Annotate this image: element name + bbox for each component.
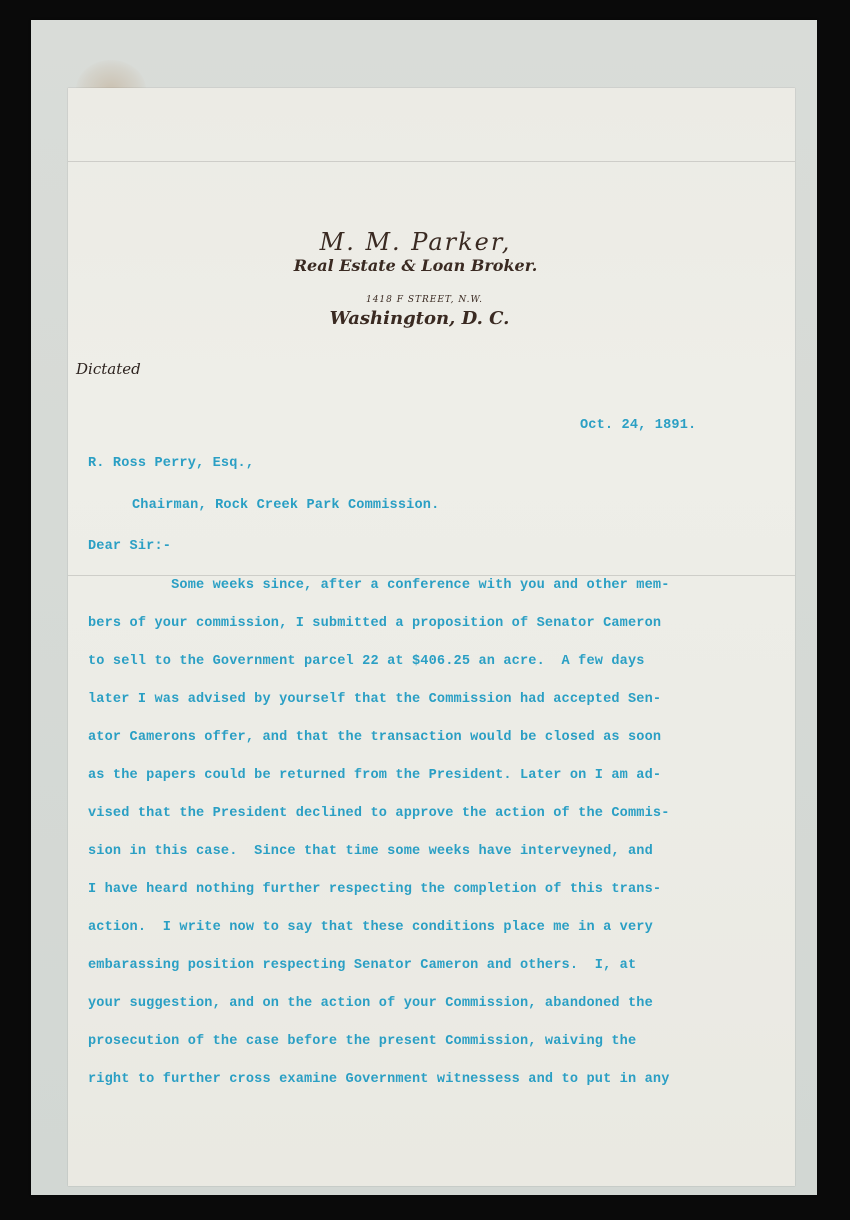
body-line: your suggestion, and on the action of yo… — [88, 996, 653, 1011]
fold-line — [68, 575, 795, 576]
body-line: right to further cross examine Governmen… — [88, 1072, 670, 1087]
body-line: as the papers could be returned from the… — [88, 768, 661, 783]
letterhead-title: Real Estate & Loan Broker. — [52, 256, 779, 275]
dictated-stamp: Dictated — [76, 360, 141, 378]
letter-sheet: M. M. Parker, Real Estate & Loan Broker.… — [68, 88, 795, 1186]
salutation: Dear Sir:- — [88, 539, 171, 554]
body-line: embarassing position respecting Senator … — [88, 958, 636, 973]
body-line: Some weeks since, after a conference wit… — [88, 578, 670, 593]
body-line: to sell to the Government parcel 22 at $… — [88, 654, 645, 669]
body-line: I have heard nothing further respecting … — [88, 882, 661, 897]
body-line: action. I write now to say that these co… — [88, 920, 653, 935]
letterhead-city: Washington, D. C. — [56, 308, 783, 329]
body-line: ator Camerons offer, and that the transa… — [88, 730, 661, 745]
letterhead-name: M. M. Parker, — [52, 228, 779, 256]
recipient-name: R. Ross Perry, Esq., — [88, 456, 254, 471]
recipient-title: Chairman, Rock Creek Park Commission. — [132, 498, 439, 513]
letter-date: Oct. 24, 1891. — [580, 418, 696, 433]
body-line: prosecution of the case before the prese… — [88, 1034, 636, 1049]
body-line: vised that the President declined to app… — [88, 806, 670, 821]
body-line: bers of your commission, I submitted a p… — [88, 616, 661, 631]
body-line: sion in this case. Since that time some … — [88, 844, 653, 859]
photo-stage: M. M. Parker, Real Estate & Loan Broker.… — [0, 0, 850, 1220]
body-line: later I was advised by yourself that the… — [88, 692, 661, 707]
fold-line — [68, 161, 795, 162]
letterhead-street: 1418 F STREET, N.W. — [61, 295, 788, 305]
